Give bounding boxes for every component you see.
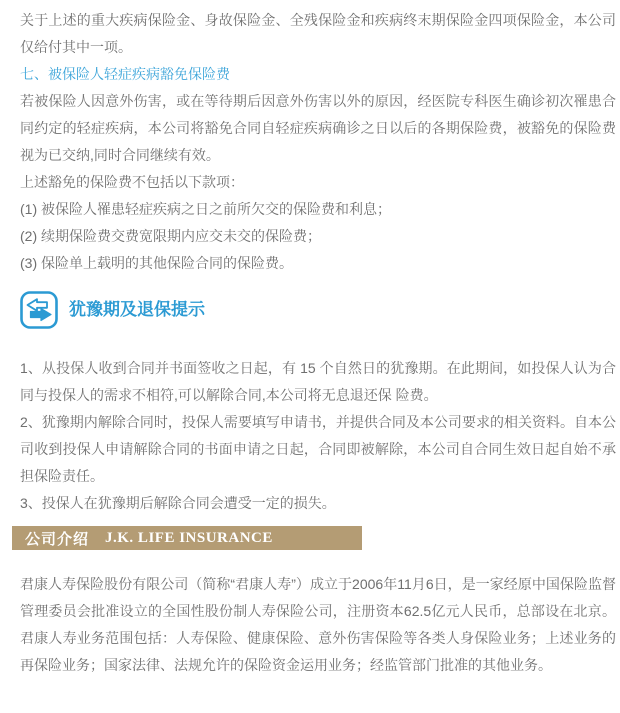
hesitation-paragraph-3: 3、投保人在犹豫期后解除合同会遭受一定的损失。 [20, 490, 616, 517]
company-banner-title-en: J.K. LIFE INSURANCE [105, 530, 273, 547]
hesitation-paragraph-1: 1、从投保人收到合同并书面签收之日起，有 15 个自然日的犹豫期。在此期间，如投… [20, 355, 616, 409]
hesitation-section-header: 犹豫期及退保提示 [20, 291, 616, 329]
waiver-exclusions-intro: 上述豁免的保险费不包括以下款项： [20, 169, 616, 196]
intro-paragraph: 关于上述的重大疾病保险金、身故保险金、全残保险金和疾病终末期保险金四项保险金，本… [20, 7, 616, 61]
exclusion-item-1: (1) 被保险人罹患轻症疾病之日之前所欠交的保险费和利息； [20, 196, 616, 223]
exclusion-item-3: (3) 保险单上载明的其他保险合同的保险费。 [20, 250, 616, 277]
hesitation-paragraph-2: 2、犹豫期内解除合同时，投保人需要填写申请书，并提供合同及本公司要求的相关资料。… [20, 409, 616, 490]
exclusion-item-2: (2) 续期保险费交费宽限期内应交未交的保险费； [20, 223, 616, 250]
page-body: 关于上述的重大疾病保险金、身故保险金、全残保险金和疾病终末期保险金四项保险金，本… [0, 0, 620, 713]
company-intro-banner: 公司介绍 J.K. LIFE INSURANCE [12, 526, 362, 550]
swap-arrows-icon [20, 291, 58, 329]
company-banner-title-cn: 公司介绍 [25, 528, 89, 549]
section-heading-waiver: 七、被保险人轻症疾病豁免保险费 [20, 61, 616, 88]
company-intro-paragraph: 君康人寿保险股份有限公司（简称“君康人寿”）成立于2006年11月6日，是一家经… [20, 571, 616, 679]
waiver-paragraph: 若被保险人因意外伤害，或在等待期后因意外伤害以外的原因，经医院专科医生确诊初次罹… [20, 88, 616, 169]
hesitation-section-title: 犹豫期及退保提示 [69, 291, 205, 329]
